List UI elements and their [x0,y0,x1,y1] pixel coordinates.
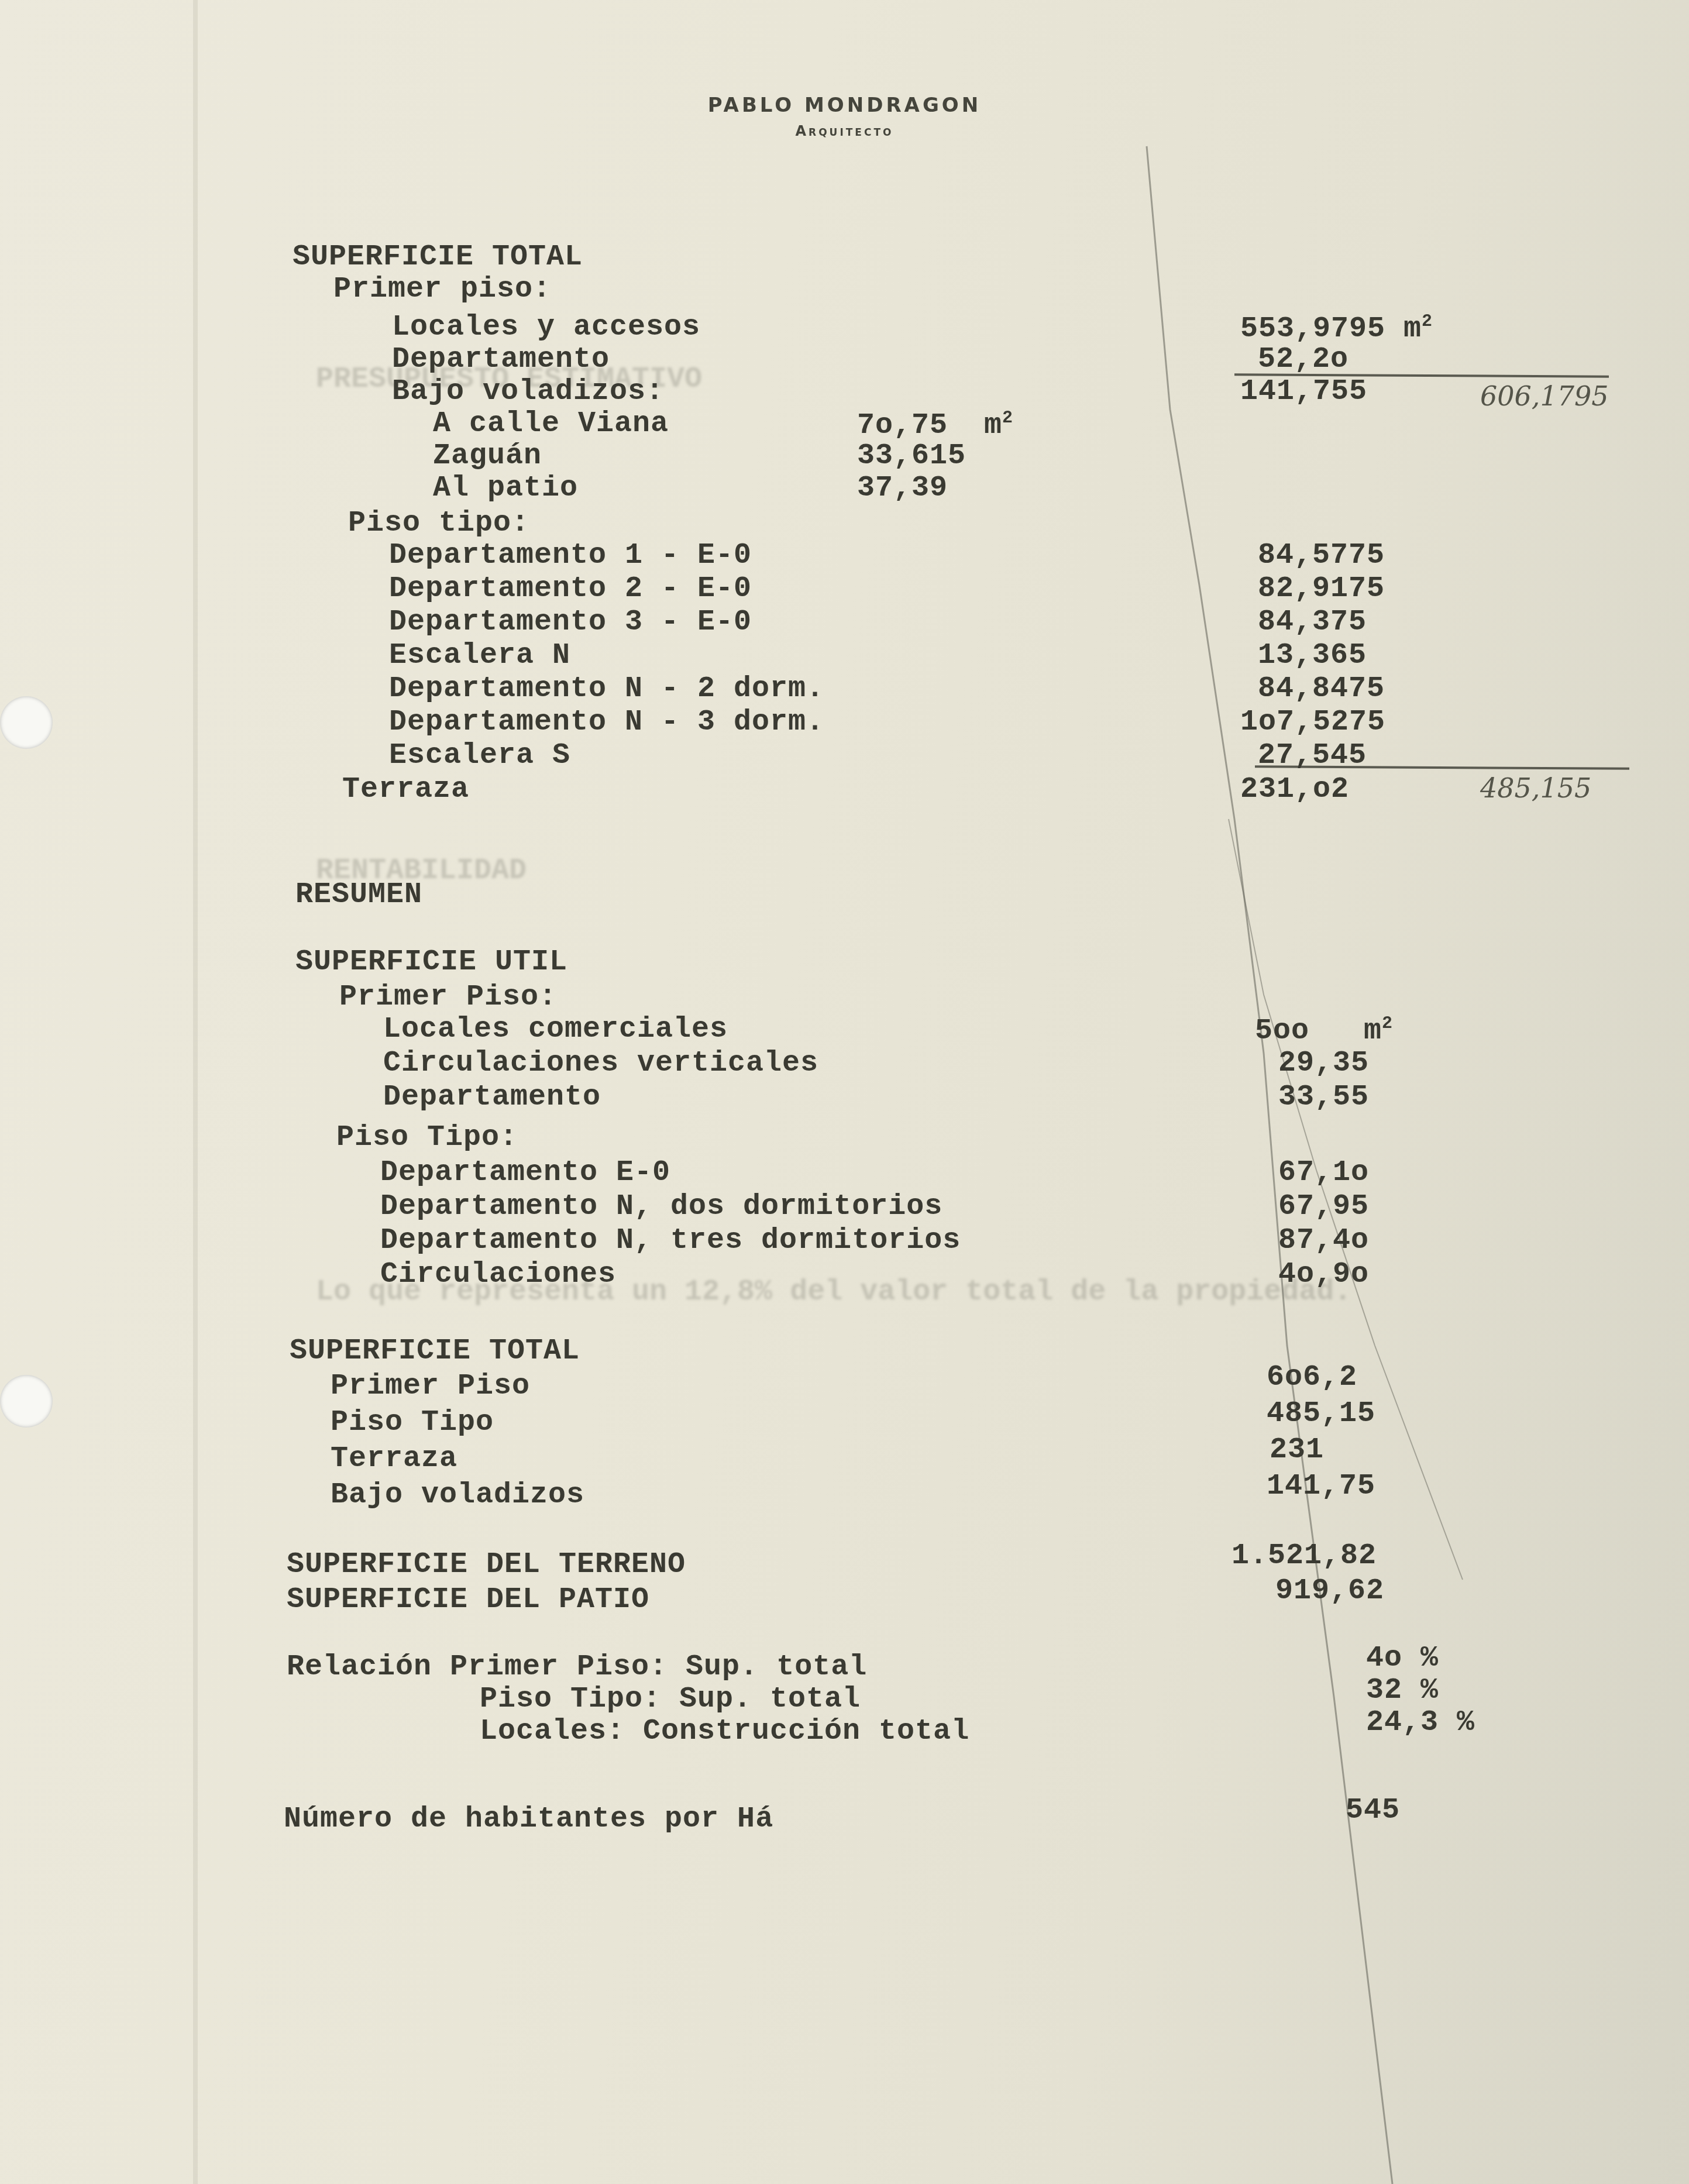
item-label: Departamento N, tres dormitorios [380,1226,961,1256]
item-value: 84,8475 [1258,675,1385,704]
item-value: 67,1o [1278,1158,1369,1188]
item-value: 13,365 [1258,641,1367,670]
subheading-primer-piso: Primer Piso: [339,983,557,1012]
subheading-piso-tipo: Piso tipo: [348,509,529,538]
letterhead-name: PABLO MONDRAGON [0,94,1689,117]
item-value: 4o,9o [1278,1260,1369,1289]
item-value: 67,95 [1278,1192,1369,1222]
item-label: Zaguán [433,442,542,471]
handwritten-sum: 606,1795 [1480,380,1609,412]
relation-value: 32 % [1366,1676,1439,1705]
relation-label: Piso Tipo: Sup. total [480,1685,861,1714]
item-label: Departamento N - 2 dorm. [389,675,824,704]
item-value: 5oo m2 [1255,1015,1393,1046]
item-value: 52,2o [1258,345,1349,374]
item-value: 84,375 [1258,608,1367,637]
item-label: Circulaciones [380,1260,616,1289]
item-value: 141,755 [1240,377,1367,407]
item-value: 6o6,2 [1267,1363,1357,1392]
terreno-value: 1.521,82 [1232,1542,1377,1571]
item-label: Bajo voladizos [331,1481,584,1510]
handwritten-sum: 485,155 [1480,772,1591,804]
item-label: Departamento [392,345,610,374]
item-label: Piso Tipo [331,1408,494,1437]
item-label: Departamento N - 3 dorm. [389,708,824,737]
relation-label: Locales: Construcción total [480,1717,969,1746]
item-label: Departamento 2 - E-0 [389,575,752,604]
item-label: Circulaciones verticales [383,1049,818,1078]
item-value: 141,75 [1267,1472,1375,1501]
item-label: Al patio [433,474,578,503]
punch-hole [0,1375,53,1428]
section-heading: RESUMEN [295,881,422,910]
section-heading: SUPERFICIE TOTAL [293,243,583,272]
item-label: Departamento [383,1083,601,1112]
habitantes-value: 545 [1346,1796,1400,1825]
section-heading: SUPERFICIE TOTAL [290,1337,580,1366]
item-label: Primer Piso [331,1372,530,1401]
letterhead-title: Arquitecto [0,123,1689,139]
relation-label: Relación Primer Piso: Sup. total [287,1653,867,1682]
section-heading: SUPERFICIE UTIL [295,948,567,977]
habitantes-label: Número de habitantes por Há [284,1805,773,1834]
item-value: 553,9795 m2 [1240,313,1433,344]
item-label: Bajo voladizos: [392,377,664,407]
item-value: 82,9175 [1258,575,1385,604]
item-label: Locales comerciales [383,1015,728,1044]
item-value: 231,o2 [1240,775,1349,804]
item-value: 7o,75 m2 [857,410,1013,441]
item-label: Departamento E-0 [380,1158,670,1188]
item-label: Terraza [342,775,469,804]
subheading-primer-piso: Primer piso: [333,275,551,304]
item-label: Terraza [331,1444,457,1474]
item-value: 33,55 [1278,1083,1369,1112]
item-value: 84,5775 [1258,541,1385,570]
item-label: Escalera S [389,741,570,771]
item-value: 485,15 [1267,1399,1375,1429]
item-value: 1o7,5275 [1240,708,1385,737]
item-label: Departamento 3 - E-0 [389,608,752,637]
patio-label: SUPERFICIE DEL PATIO [287,1585,649,1615]
item-label: Departamento N, dos dormitorios [380,1192,942,1222]
relation-value: 4o % [1366,1644,1439,1673]
item-value: 29,35 [1278,1049,1369,1078]
item-label: Departamento 1 - E-0 [389,541,752,570]
item-value: 231 [1270,1436,1324,1465]
item-label: A calle Viana [433,410,669,439]
item-label: Escalera N [389,641,570,670]
subheading-piso-tipo: Piso Tipo: [336,1123,518,1153]
item-value: 33,615 [857,442,966,471]
item-value: 27,545 [1258,741,1367,771]
terreno-label: SUPERFICIE DEL TERRENO [287,1550,686,1580]
paper-crease-lines [0,0,1689,2184]
item-value: 37,39 [857,474,948,503]
item-value: 87,4o [1278,1226,1369,1256]
paper-fold [193,0,198,2184]
relation-value: 24,3 % [1366,1708,1475,1738]
punch-hole [0,696,53,749]
item-label: Locales y accesos [392,313,700,342]
patio-value: 919,62 [1275,1577,1384,1606]
